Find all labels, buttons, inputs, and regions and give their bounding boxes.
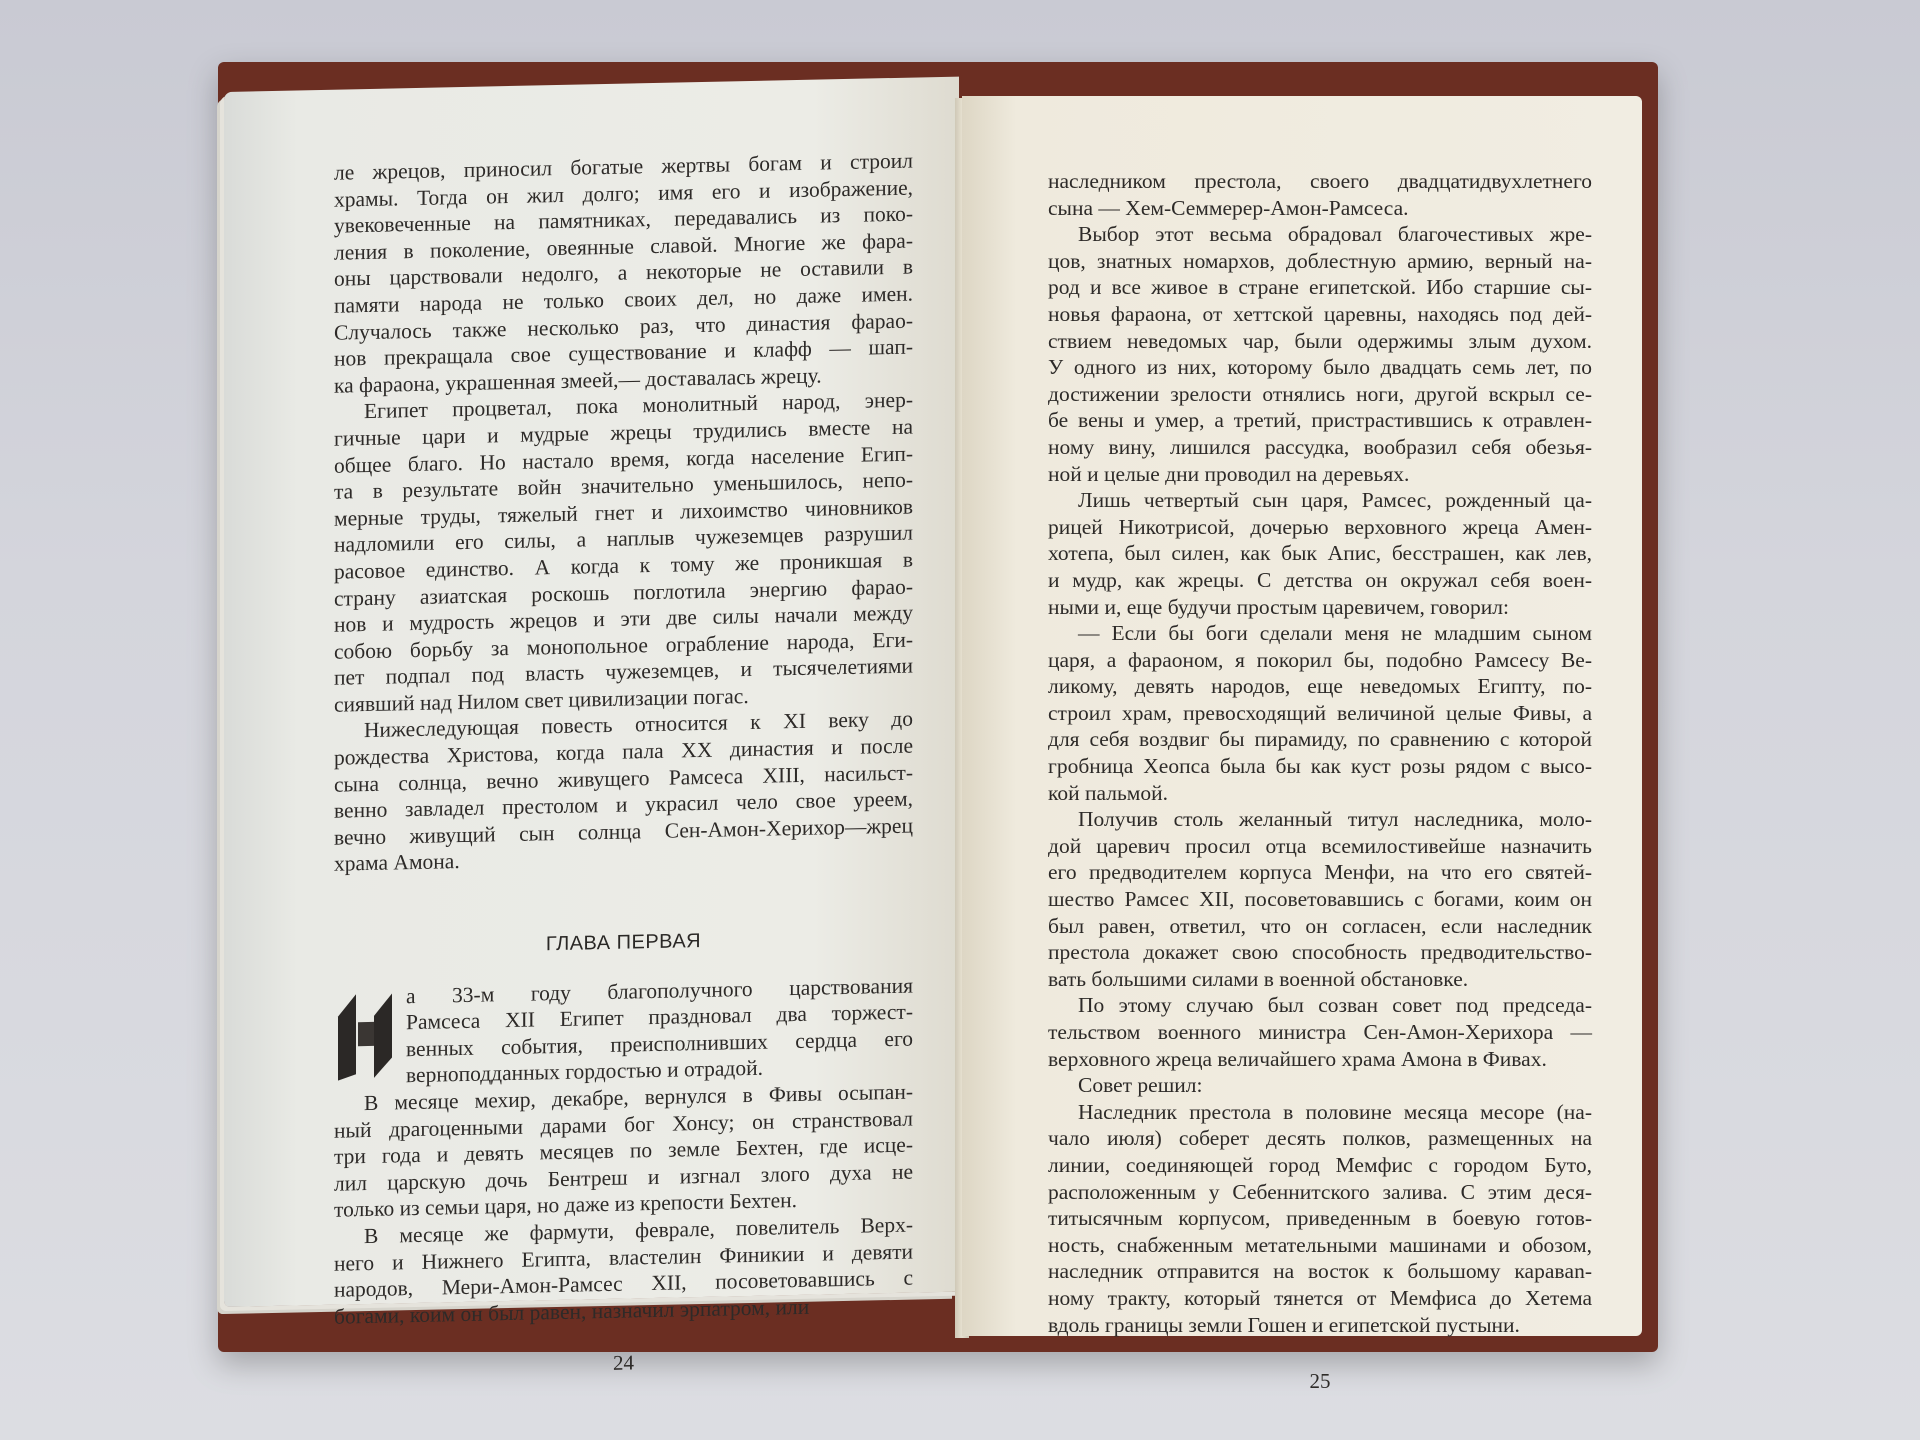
text-line: Выбор этот весьма обрадовал благочестивы… [1048, 221, 1592, 248]
text-line: У одного из них, которому было двадцать … [1048, 354, 1592, 381]
text-line: — Если бы боги сделали меня не младшим с… [1048, 620, 1592, 647]
left-page: ле жрецов, приносил богатые жертвы богам… [224, 77, 959, 1307]
text-line: ствием неведомых чар, были одержимы злым… [1048, 328, 1592, 355]
page-number: 25 [1048, 1368, 1592, 1395]
text-line: Наследник престола в половине месяца мес… [1048, 1099, 1592, 1126]
text-line: цов, знатных номархов, доблестную армию,… [1048, 248, 1592, 275]
text-line: рицей Никотрисой, дочерью верховного жре… [1048, 514, 1592, 541]
paragraph: Совет решил: [1048, 1072, 1592, 1099]
paragraph: ле жрецов, приносил богатые жертвы богам… [334, 148, 913, 399]
text-line: наследник отправится на восток к большом… [1048, 1258, 1592, 1285]
text-line: тельством военного министра Сен-Амон-Хер… [1048, 1019, 1592, 1046]
dropcap-letter-icon [334, 987, 396, 1080]
paragraph: Выбор этот весьма обрадовал благочестивы… [1048, 221, 1592, 487]
text-line: ной и целые дни проводил на деревьях. [1048, 461, 1592, 488]
text-line: Получив столь желанный титул наследника,… [1048, 806, 1592, 833]
paragraph: Нижеследующая повесть относится к XI век… [334, 706, 913, 878]
chapter-opening: а 33-м году благополучного царствованияР… [334, 972, 913, 1330]
paragraph: а 33-м году благополучного царствованияР… [334, 972, 913, 1091]
text-line: вдоль границы земли Гошен и египетской п… [1048, 1312, 1592, 1339]
text-line: бе вены и умер, а третий, пристрастившис… [1048, 407, 1592, 434]
text-line: и мудр, как жрецы. С детства он окружал … [1048, 567, 1592, 594]
text-line: для себя воздвиг бы пирамиду, по сравнен… [1048, 726, 1592, 753]
paragraph: — Если бы боги сделали меня не младшим с… [1048, 620, 1592, 806]
paragraph: В месяце же фармути, феврале, повелитель… [334, 1212, 913, 1331]
paragraph: В месяце мехир, декабре, вернулся в Фивы… [334, 1079, 913, 1224]
text-line: престола докажет свою способность предво… [1048, 939, 1592, 966]
text-line: шество Рамсес XII, посоветовавшись с бог… [1048, 886, 1592, 913]
text-line: ность, снабженным метательными машинами … [1048, 1232, 1592, 1259]
right-page: наследником престола, своего двадцатидву… [962, 96, 1642, 1336]
chapter-title: ГЛАВА ПЕРВАЯ [334, 924, 913, 963]
left-page-intro-text: ле жрецов, приносил богатые жертвы богам… [334, 148, 913, 878]
text-line: ному тракту, который тянется от Мемфиса … [1048, 1285, 1592, 1312]
paragraph: По этому случаю был созван совет под пре… [1048, 992, 1592, 1072]
text-line: титысячным корпусом, приведенным в боеву… [1048, 1205, 1592, 1232]
paragraph: Лишь четвертый сын царя, Рамсес, рожденн… [1048, 487, 1592, 620]
text-line: ному вину, лишился рассудка, вообразил с… [1048, 434, 1592, 461]
text-line: гробница Хеопса была бы как куст розы ря… [1048, 753, 1592, 780]
text-line: хотепа, был силен, как бык Апис, бесстра… [1048, 540, 1592, 567]
paragraph: наследником престола, своего двадцатидву… [1048, 168, 1592, 221]
text-line: линии, соединяющей город Мемфис с городо… [1048, 1152, 1592, 1179]
text-line: Лишь четвертый сын царя, Рамсес, рожденн… [1048, 487, 1592, 514]
right-page-text: наследником престола, своего двадцатидву… [1048, 168, 1592, 1338]
text-line: род и все живое в стране египетской. Ибо… [1048, 274, 1592, 301]
text-line: кой пальмой. [1048, 780, 1592, 807]
text-line: По этому случаю был созван совет под пре… [1048, 992, 1592, 1019]
paragraph: Получив столь желанный титул наследника,… [1048, 806, 1592, 992]
chapter-text: а 33-м году благополучного царствованияР… [334, 972, 913, 1330]
text-line: дой царевич просил отца всемилостивейше … [1048, 833, 1592, 860]
text-line: сына — Хем-Семмерер-Амон-Рамсеса. [1048, 195, 1592, 222]
text-line: был равен, ответил, что он согласен, есл… [1048, 913, 1592, 940]
text-line: Совет решил: [1048, 1072, 1592, 1099]
text-line: новья фараона, от хеттской царевны, нахо… [1048, 301, 1592, 328]
paragraph: Наследник престола в половине месяца мес… [1048, 1099, 1592, 1338]
text-line: чало июля) соберет десять полков, размещ… [1048, 1125, 1592, 1152]
text-line: ликому, девять народов, еще неведомых Ег… [1048, 673, 1592, 700]
text-line: вать большими силами в военной обстановк… [1048, 966, 1592, 993]
text-line: верховного жреца величайшего храма Амона… [1048, 1046, 1592, 1073]
text-line: расположенным у Себеннитского залива. С … [1048, 1179, 1592, 1206]
text-line: достижении зрелости отнялись ноги, друго… [1048, 381, 1592, 408]
text-line: строил храм, превосходящий величиной цел… [1048, 700, 1592, 727]
text-line: ными и, еще будучи простым царевичем, го… [1048, 594, 1592, 621]
text-line: царя, а фараоном, я покорил бы, подобно … [1048, 647, 1592, 674]
paragraph: Египет процветал, пока монолитный народ,… [334, 387, 913, 718]
text-line: его предводителем корпуса Менфи, на что … [1048, 859, 1592, 886]
text-line: наследником престола, своего двадцатидву… [1048, 168, 1592, 195]
